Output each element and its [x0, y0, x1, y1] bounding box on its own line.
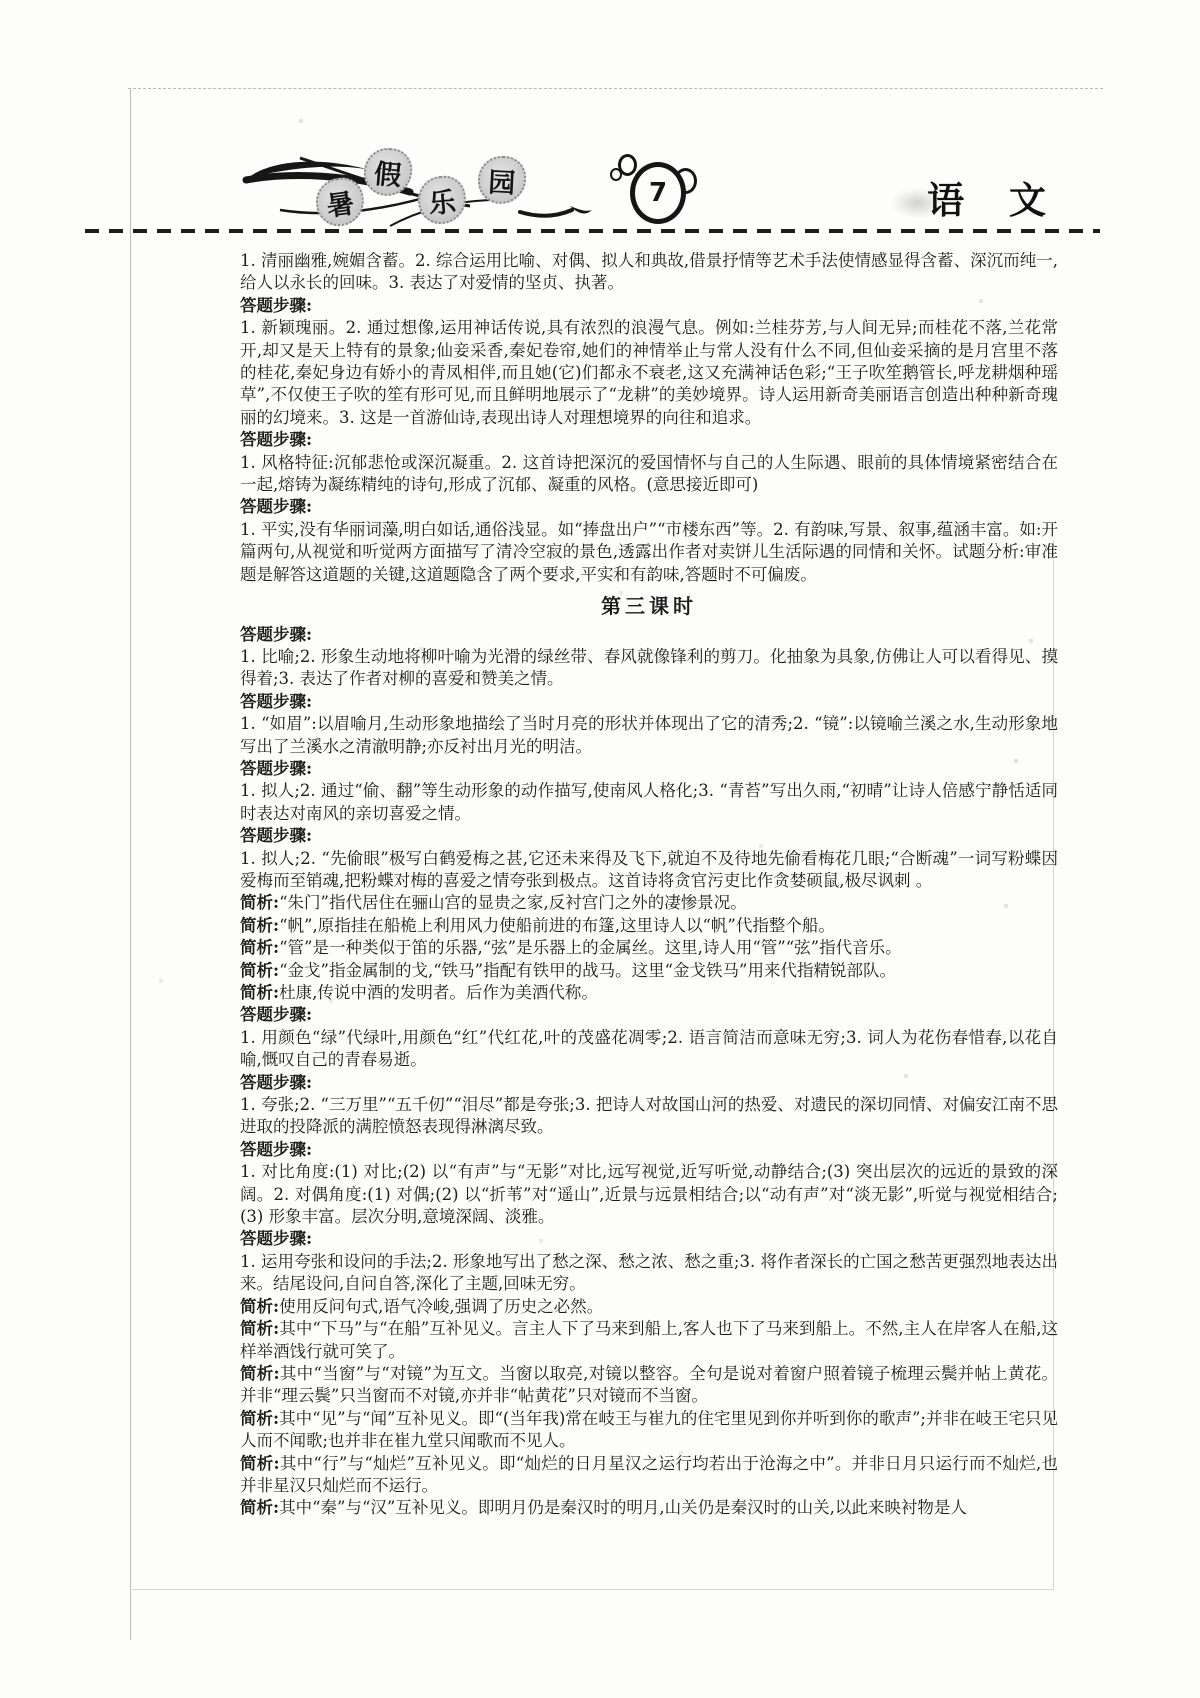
badge-bubble-icon [610, 168, 622, 181]
paragraph: 简析:其中“下马”与“在船”互补见义。言主人下了马来到船上,客人也下了马来到船上… [240, 1318, 1058, 1363]
paragraph: 简析:“管”是一种类似于笛的乐器,“弦”是乐器上的金属丝。这里,诗人用“管”“弦… [240, 937, 1058, 959]
scanned-workbook-page: 暑 假 乐 园 7 语 文 1. 清丽幽雅,婉媚含蓄。2. 综合运用比喻、对偶、… [0, 0, 1200, 1698]
answer-steps-label: 答题步骤: [240, 1072, 1058, 1094]
paragraph: 1. 拟人;2. “先偷眼”极写白鹤爱梅之甚,它还未来得及飞下,就迫不及待地先偷… [240, 848, 1058, 893]
analysis-prefix: 简析: [240, 1454, 280, 1473]
answer-steps-label: 答题步骤: [240, 825, 1058, 847]
paragraph: 1. 风格特征:沉郁悲怆或深沉凝重。2. 这首诗把深沉的爱国情怀与自己的人生际遇… [240, 452, 1058, 497]
paragraph: 1. 对比角度:(1) 对比;(2) 以“有声”与“无影”对比,远写视觉,近写听… [240, 1161, 1058, 1228]
paragraph: 1. 夸张;2. “三万里”“五千仞”“泪尽”都是夸张;3. 把诗人对故国山河的… [240, 1094, 1058, 1139]
paragraph: 1. 拟人;2. 通过“偷、翻”等生动形象的动作描写,使南风人格化;3. “青苔… [240, 780, 1058, 825]
subject-title: 语 文 [927, 170, 1062, 224]
answer-steps-label: 答题步骤: [240, 1228, 1058, 1250]
answer-steps-label: 答题步骤: [240, 1004, 1058, 1026]
answer-steps-label: 答题步骤: [240, 1139, 1058, 1161]
paragraph: 简析:杜康,传说中酒的发明者。后作为美酒代称。 [240, 982, 1058, 1004]
answer-steps-label: 答题步骤: [240, 758, 1058, 780]
analysis-prefix: 简析: [240, 961, 279, 980]
paragraph: 简析:“朱门”指代居住在骊山宫的显贵之家,反衬宫门之外的凄惨景况。 [240, 892, 1058, 914]
paragraph: 1. 比喻;2. 形象生动地将柳叶喻为光滑的绿丝带、春风就像锋利的剪刀。化抽象为… [240, 646, 1058, 691]
analysis-prefix: 简析: [240, 1319, 279, 1338]
analysis-prefix: 简析: [240, 1409, 279, 1428]
analysis-prefix: 简析: [240, 916, 279, 935]
analysis-prefix: 简析: [240, 938, 279, 957]
answer-steps-label: 答题步骤: [240, 295, 1058, 317]
analysis-prefix: 简析: [240, 1364, 280, 1383]
paragraph: 1. “如眉”:以眉喻月,生动形象地描绘了当时月亮的形状并体现出了它的清秀;2.… [240, 713, 1058, 758]
scan-frame-bottom-line [130, 1589, 1053, 1590]
page-number: 7 [630, 162, 686, 224]
dashed-divider [85, 229, 1100, 233]
analysis-prefix: 简析: [240, 893, 279, 912]
analysis-prefix: 简析: [240, 1297, 279, 1316]
scan-frame-left-line [130, 88, 131, 1640]
page-header: 暑 假 乐 园 7 语 文 [240, 140, 1062, 232]
paragraph: 简析:其中“行”与“灿烂”互补见义。即“灿烂的日月星汉之运行均若出于沧海之中”。… [240, 1453, 1058, 1498]
scan-noise-specks [0, 0, 2, 2]
paragraph: 简析:“帆”,原指挂在船桅上利用风力使船前进的布篷,这里诗人以“帆”代指整个船。 [240, 915, 1058, 937]
paragraph: 简析:其中“见”与“闻”互补见义。即“(当年我)常在岐王与崔九的住宅里见到你并听… [240, 1408, 1058, 1453]
paragraph: 简析:其中“当窗”与“对镜”为互文。当窗以取亮,对镜以整容。全句是说对着窗户照着… [240, 1363, 1058, 1408]
paragraph: 1. 清丽幽雅,婉媚含蓄。2. 综合运用比喻、对偶、拟人和典故,借景抒情等艺术手… [240, 250, 1058, 295]
lesson-heading: 第三课时 [240, 595, 1058, 617]
paragraph: 1. 用颜色“绿”代绿叶,用颜色“红”代红花,叶的茂盛花凋零;2. 语言简洁而意… [240, 1027, 1058, 1072]
answer-steps-label: 答题步骤: [240, 429, 1058, 451]
paragraph: 1. 平实,没有华丽词藻,明白如话,通俗浅显。如“捧盘出户”“市楼东西”等。2.… [240, 519, 1058, 586]
content-blocks: 1. 清丽幽雅,婉媚含蓄。2. 综合运用比喻、对偶、拟人和典故,借景抒情等艺术手… [240, 250, 1058, 1520]
summer-vacation-logo: 暑 假 乐 园 [240, 140, 630, 232]
analysis-prefix: 简析: [240, 1498, 279, 1517]
scan-frame-top-line [128, 88, 1103, 89]
paragraph: 简析:其中“秦”与“汉”互补见义。即明月仍是秦汉时的明月,山关仍是秦汉时的山关,… [240, 1497, 1058, 1519]
paragraph: 1. 新颖瑰丽。2. 通过想像,运用神话传说,具有浓烈的浪漫气息。例如:兰桂芬芳… [240, 317, 1058, 429]
analysis-prefix: 简析: [240, 983, 279, 1002]
paragraph: 简析:使用反问句式,语气冷峻,强调了历史之必然。 [240, 1296, 1058, 1318]
page-number-badge: 7 [612, 154, 702, 226]
answer-steps-label: 答题步骤: [240, 691, 1058, 713]
answer-steps-label: 答题步骤: [240, 496, 1058, 518]
paragraph: 1. 运用夸张和设问的手法;2. 形象地写出了愁之深、愁之浓、愁之重;3. 将作… [240, 1251, 1058, 1296]
paragraph: 简析:“金戈”指金属制的戈,“铁马”指配有铁甲的战马。这里“金戈铁马”用来代指精… [240, 960, 1058, 982]
answer-steps-label: 答题步骤: [240, 624, 1058, 646]
